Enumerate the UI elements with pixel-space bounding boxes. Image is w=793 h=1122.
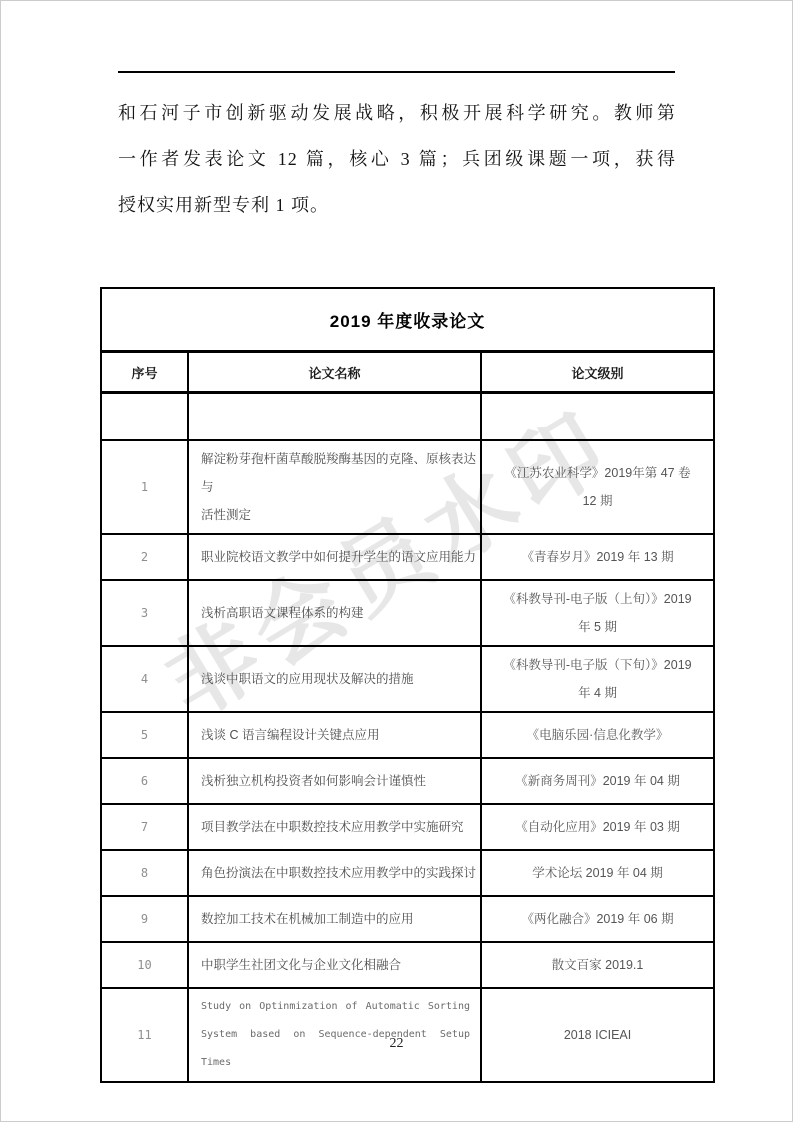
paper-level-cell: 《科教导刊-电子版（上旬）》2019 年 5 期 xyxy=(481,580,714,646)
row-no-cell: 5 xyxy=(101,712,188,758)
table-row: 3 浅析高职语文课程体系的构建 《科教导刊-电子版（上旬）》2019 年 5 期 xyxy=(101,580,714,646)
table-row: 9 数控加工技术在机械加工制造中的应用 《两化融合》2019 年 06 期 xyxy=(101,896,714,942)
table-row: 11 Study on Optinmization of Automatic S… xyxy=(101,988,714,1082)
paper-level-cell: 《自动化应用》2019 年 03 期 xyxy=(481,804,714,850)
paragraph-line: 授权实用新型专利 1 项。 xyxy=(118,182,676,228)
row-no-cell: 9 xyxy=(101,896,188,942)
row-no-cell: 1 xyxy=(101,440,188,534)
paragraph-line: 一作者发表论文 12 篇，核心 3 篇；兵团级课题一项，获得 xyxy=(118,136,676,182)
paper-name-cell: 数控加工技术在机械加工制造中的应用 xyxy=(188,896,481,942)
paper-level-cell: 学术论坛 2019 年 04 期 xyxy=(481,850,714,896)
paper-level-cell: 《青春岁月》2019 年 13 期 xyxy=(481,534,714,580)
row-no-cell: 11 xyxy=(101,988,188,1082)
table-row: 6 浅析独立机构投资者如何影响会计谨慎性 《新商务周刊》2019 年 04 期 xyxy=(101,758,714,804)
header-cell-name: 论文名称 xyxy=(188,352,481,393)
table-row: 2 职业院校语文教学中如何提升学生的语文应用能力 《青春岁月》2019 年 13… xyxy=(101,534,714,580)
paper-level-cell: 《两化融合》2019 年 06 期 xyxy=(481,896,714,942)
paper-name-cell: 浅谈中职语文的应用现状及解决的措施 xyxy=(188,646,481,712)
table-title-row: 2019 年度收录论文 xyxy=(101,288,714,352)
table-row: 5 浅谈 C 语言编程设计关键点应用 《电脑乐园·信息化教学》 xyxy=(101,712,714,758)
row-no-cell: 8 xyxy=(101,850,188,896)
paper-name-cell: 浅析高职语文课程体系的构建 xyxy=(188,580,481,646)
row-no-cell xyxy=(101,393,188,441)
paper-level-cell xyxy=(481,393,714,441)
paper-name-cell: 解淀粉芽孢杆菌草酸脱羧酶基因的克隆、原核表达与 活性测定 xyxy=(188,440,481,534)
header-cell-no: 序号 xyxy=(101,352,188,393)
paper-name-cell xyxy=(188,393,481,441)
paper-name-cell: Study on Optinmization of Automatic Sort… xyxy=(188,988,481,1082)
row-no-cell: 7 xyxy=(101,804,188,850)
paper-level-cell: 2018 ICIEAI xyxy=(481,988,714,1082)
paper-name-cell: 浅谈 C 语言编程设计关键点应用 xyxy=(188,712,481,758)
paper-level-cell: 《科教导刊-电子版（下旬）》2019 年 4 期 xyxy=(481,646,714,712)
paragraph-line: 和石河子市创新驱动发展战略，积极开展科学研究。教师第 xyxy=(118,90,676,136)
table-header-row: 序号 论文名称 论文级别 xyxy=(101,352,714,393)
row-no-cell: 2 xyxy=(101,534,188,580)
paper-name-cell: 中职学生社团文化与企业文化相融合 xyxy=(188,942,481,988)
row-no-cell: 10 xyxy=(101,942,188,988)
row-no-cell: 3 xyxy=(101,580,188,646)
table-row: 1 解淀粉芽孢杆菌草酸脱羧酶基因的克隆、原核表达与 活性测定 《江苏农业科学》2… xyxy=(101,440,714,534)
header-cell-level: 论文级别 xyxy=(481,352,714,393)
table-row: 7 项目教学法在中职数控技术应用教学中实施研究 《自动化应用》2019 年 03… xyxy=(101,804,714,850)
table-title: 2019 年度收录论文 xyxy=(101,288,714,352)
paper-name-cell: 项目教学法在中职数控技术应用教学中实施研究 xyxy=(188,804,481,850)
table-row: 8 角色扮演法在中职数控技术应用教学中的实践探讨 学术论坛 2019 年 04 … xyxy=(101,850,714,896)
paper-level-cell: 散文百家 2019.1 xyxy=(481,942,714,988)
row-no-cell: 6 xyxy=(101,758,188,804)
table-row xyxy=(101,393,714,441)
paper-level-cell: 《新商务周刊》2019 年 04 期 xyxy=(481,758,714,804)
table-row: 4 浅谈中职语文的应用现状及解决的措施 《科教导刊-电子版（下旬）》2019 年… xyxy=(101,646,714,712)
paper-level-cell: 《电脑乐园·信息化教学》 xyxy=(481,712,714,758)
document-page: 和石河子市创新驱动发展战略，积极开展科学研究。教师第 一作者发表论文 12 篇，… xyxy=(0,0,793,1122)
header-rule xyxy=(118,71,675,73)
table-row: 10 中职学生社团文化与企业文化相融合 散文百家 2019.1 xyxy=(101,942,714,988)
paper-name-cell: 职业院校语文教学中如何提升学生的语文应用能力 xyxy=(188,534,481,580)
row-no-cell: 4 xyxy=(101,646,188,712)
papers-table: 2019 年度收录论文 序号 论文名称 论文级别 1 解淀粉芽孢杆菌草酸脱羧酶基… xyxy=(100,287,715,1083)
paper-level-cell: 《江苏农业科学》2019年第 47 卷 12 期 xyxy=(481,440,714,534)
paper-name-cell: 角色扮演法在中职数控技术应用教学中的实践探讨 xyxy=(188,850,481,896)
intro-paragraph: 和石河子市创新驱动发展战略，积极开展科学研究。教师第 一作者发表论文 12 篇，… xyxy=(118,90,676,228)
paper-name-cell: 浅析独立机构投资者如何影响会计谨慎性 xyxy=(188,758,481,804)
